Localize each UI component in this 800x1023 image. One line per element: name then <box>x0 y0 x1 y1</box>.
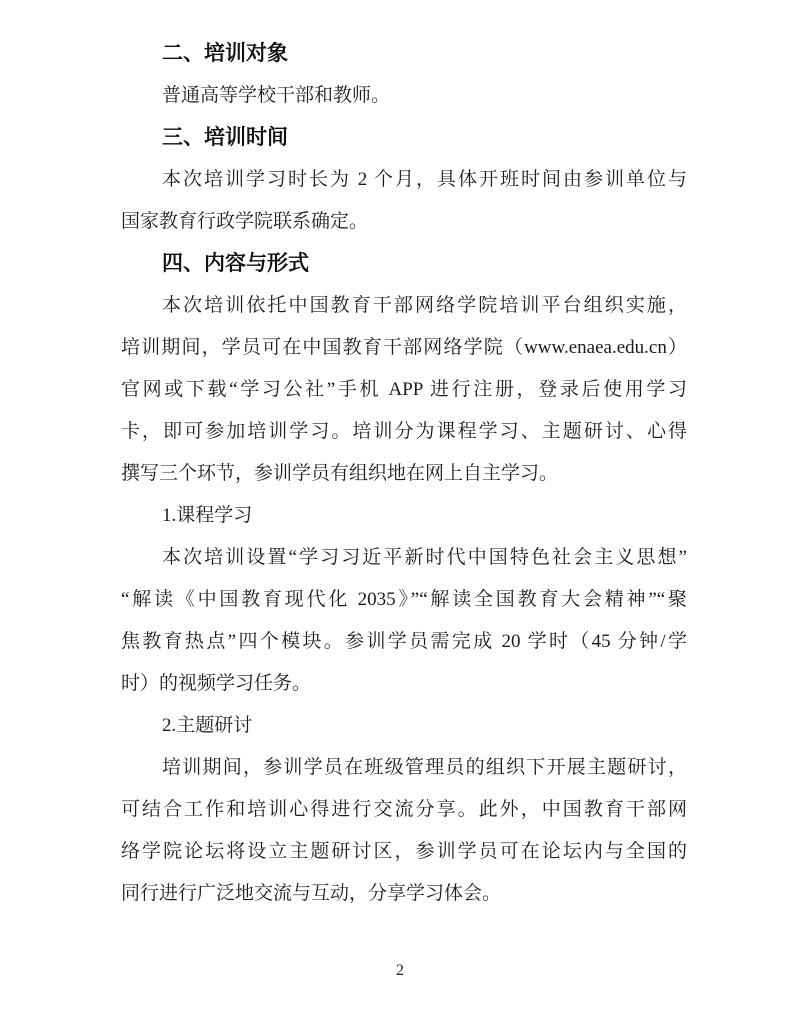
paragraph-line: 官网或下载“学习公社”手机 APP 进行注册，登录后使用学习 <box>121 369 687 411</box>
document-page: 二、培训对象普通高等学校干部和教师。三、培训时间本次培训学习时长为 2 个月，具… <box>0 0 800 1023</box>
paragraph-line: 时）的视频学习任务。 <box>121 663 687 705</box>
paragraph-line: “解读《中国教育现代化 2035》”“解读全国教育大会精神”“聚 <box>121 579 687 621</box>
paragraph-line: 本次培训学习时长为 2 个月，具体开班时间由参训单位与 <box>121 159 687 201</box>
subsection-heading: 2.主题研讨 <box>121 705 687 747</box>
paragraph-line: 焦教育热点”四个模块。参训学员需完成 20 学时（45 分钟/学 <box>121 621 687 663</box>
paragraph-line: 培训期间，学员可在中国教育干部网络学院（www.enaea.edu.cn） <box>121 327 687 369</box>
page-footer: 2 <box>0 962 800 980</box>
page-number: 2 <box>396 962 404 979</box>
paragraph-line: 卡，即可参加培训学习。培训分为课程学习、主题研讨、心得 <box>121 411 687 453</box>
paragraph-line: 培训期间，参训学员在班级管理员的组织下开展主题研讨， <box>121 747 687 789</box>
paragraph-line: 络学院论坛将设立主题研讨区，参训学员可在论坛内与全国的 <box>121 831 687 873</box>
document-body: 二、培训对象普通高等学校干部和教师。三、培训时间本次培训学习时长为 2 个月，具… <box>121 33 687 915</box>
paragraph-line: 撰写三个环节，参训学员有组织地在网上自主学习。 <box>121 453 687 495</box>
subsection-heading: 1.课程学习 <box>121 495 687 537</box>
paragraph-line: 同行进行广泛地交流与互动，分享学习体会。 <box>121 873 687 915</box>
paragraph-line: 可结合工作和培训心得进行交流分享。此外，中国教育干部网 <box>121 789 687 831</box>
paragraph-line: 普通高等学校干部和教师。 <box>121 75 687 117</box>
section-heading: 四、内容与形式 <box>121 243 687 285</box>
paragraph-line: 本次培训设置“学习习近平新时代中国特色社会主义思想” <box>121 537 687 579</box>
section-heading: 三、培训时间 <box>121 117 687 159</box>
paragraph-line: 国家教育行政学院联系确定。 <box>121 201 687 243</box>
paragraph-line: 本次培训依托中国教育干部网络学院培训平台组织实施， <box>121 285 687 327</box>
section-heading: 二、培训对象 <box>121 33 687 75</box>
